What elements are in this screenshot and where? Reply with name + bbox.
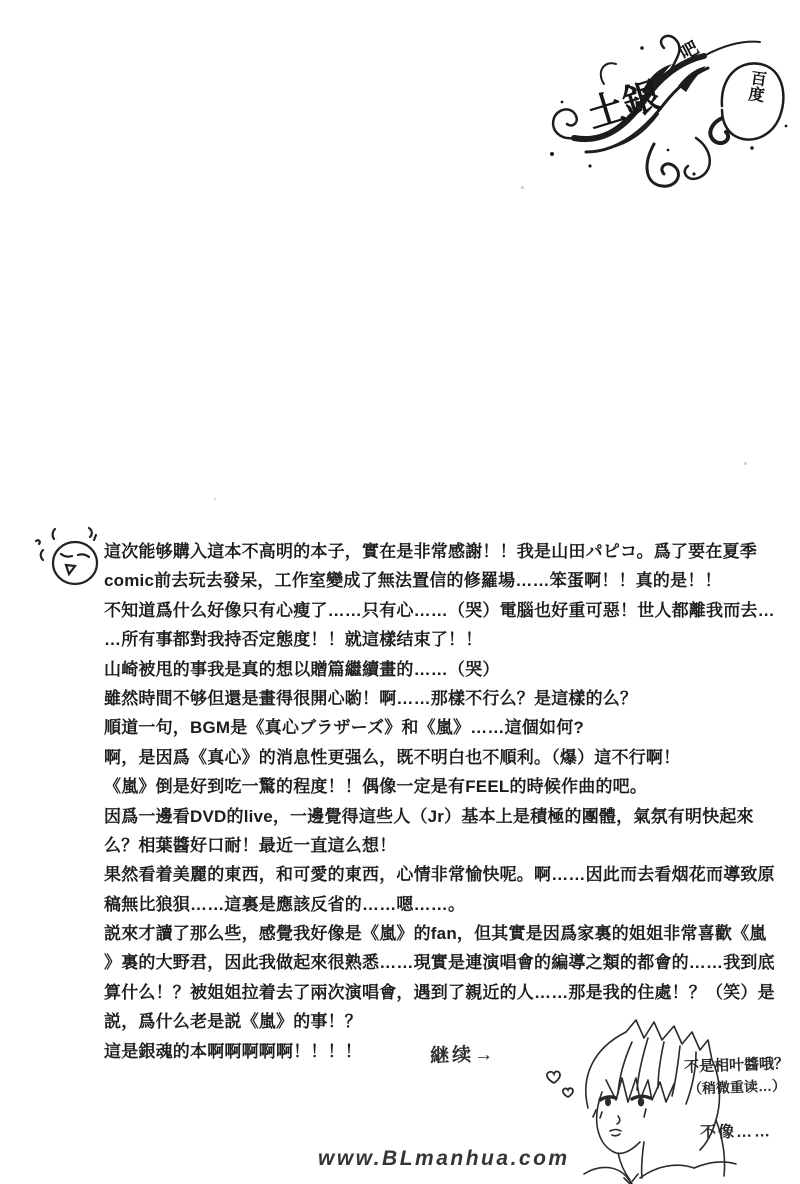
sketch-note-3: 不像…… <box>700 1118 772 1142</box>
scan-speck <box>744 462 747 465</box>
scan-speck <box>214 498 216 500</box>
afterword-line: 算什么！？被姐姐拉着去了兩次演唱會，遇到了親近的人……那是我的住處！？（笑）是 <box>104 978 768 1007</box>
afterword-text: 這次能够購入這本不高明的本子，實在是非常感謝！！我是山田パピコ。爲了要在夏季 c… <box>104 537 768 1066</box>
scan-speck <box>521 186 524 189</box>
afterword-line: 稿無比狼狽……這裏是應該反省的……嗯……。 <box>104 890 768 919</box>
heart-icon <box>547 1071 560 1083</box>
afterword-line: 不知道爲什么好像只有心瘦了……只有心……（哭）電腦也好重可惡！世人都離我而去… <box>104 596 768 625</box>
heart-icon <box>563 1088 573 1097</box>
continue-label: 継续→ <box>430 1039 497 1068</box>
sketch-note-1: 不是相叶醬哦？ <box>684 1052 790 1077</box>
afterword-line: 啊，是因爲《真心》的消息性更强么，既不明白也不順利。（爆）這不行啊！ <box>104 743 768 772</box>
afterword-line: 果然看着美麗的東西，和可愛的東西，心情非常愉快呢。啊……因此而去看烟花而導致原 <box>104 860 768 889</box>
logo-seal: 百度 <box>745 69 767 104</box>
logo-title: 土銀 <box>582 75 665 136</box>
chibi-face-icon <box>34 522 108 592</box>
afterword-line: 説來才讀了那么些，感覺我好像是《嵐》的fan，但其實是因爲家裏的姐姐非常喜歡《嵐 <box>104 919 768 948</box>
character-sketch <box>540 1016 800 1184</box>
afterword-line: 這次能够購入這本不高明的本子，實在是非常感謝！！我是山田パピコ。爲了要在夏季 <box>104 537 768 566</box>
flourish-ornament: 土銀 吧 百度 <box>546 26 798 202</box>
afterword-line: …所有事都對我持否定態度！！就這樣结束了！！ <box>104 625 768 654</box>
afterword-line: 么？相葉醬好口耐！最近一直這么想！ <box>104 831 768 860</box>
afterword-line: 雖然時間不够但還是畫得很開心喲！啊……那樣不行么？是這樣的么？ <box>104 684 768 713</box>
afterword-line: 》裏的大野君，因此我做起來很熟悉……現實是連演唱會的編導之類的都會的……我到底 <box>104 948 768 977</box>
afterword-line: comic前去玩去發呆，工作室變成了無法置信的修羅場……笨蛋啊！！真的是！！ <box>104 566 768 595</box>
afterword-line: 順道一句，BGM是《真心ブラザーズ》和《嵐》……這個如何? <box>104 713 768 742</box>
afterword-line: 因爲一邊看DVD的live，一邊覺得這些人（Jr）基本上是積極的團體，氣氛有明快… <box>104 802 768 831</box>
watermark: www.BLmanhua.com <box>318 1147 570 1171</box>
afterword-line: 《嵐》倒是好到吃一驚的程度！！偶像一定是有FEEL的時候作曲的吧。 <box>104 772 768 801</box>
afterword-line: 山崎被甩的事我是真的想以贈篇繼續畫的……（哭） <box>104 655 768 684</box>
sketch-note-2: （稍微重读…） <box>688 1075 787 1098</box>
scanned-page: 土銀 吧 百度 這次能够購入這本不高明的本子，實在是非常感謝！！我是山田パピコ。… <box>0 0 800 1184</box>
